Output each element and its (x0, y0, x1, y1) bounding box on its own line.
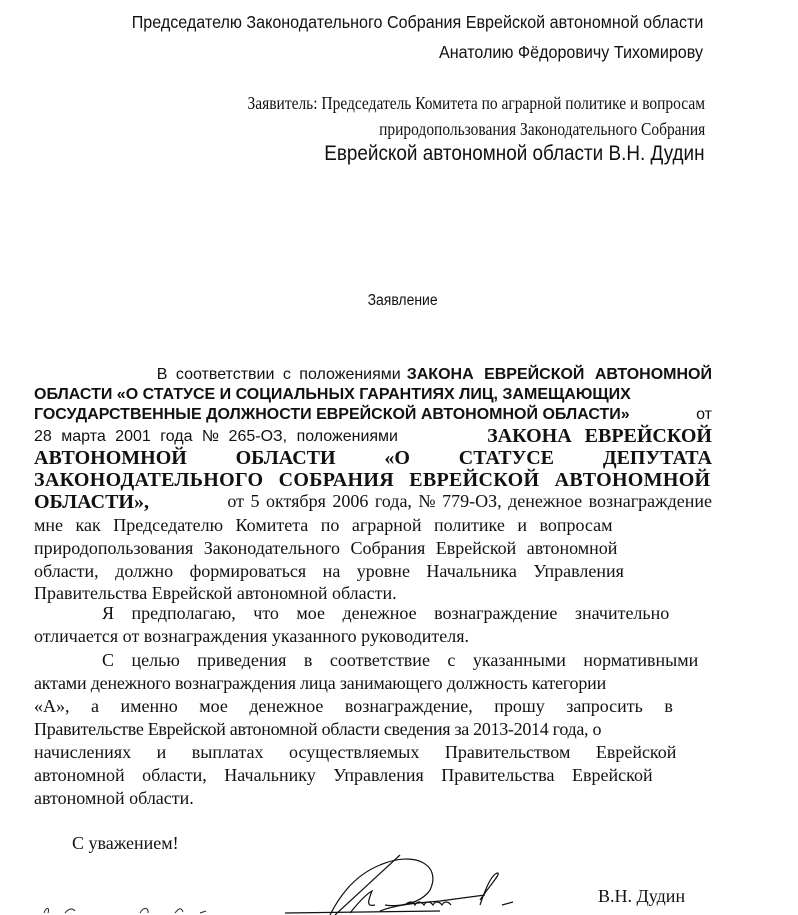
p1-line-9-text: природопользования Законодательного Собр… (34, 538, 617, 559)
p3-line-2-text: актами денежного вознаграждения лица зан… (34, 673, 606, 694)
p1-line-7-law: ОБЛАСТИ», (34, 491, 149, 514)
handwritten-note-icon (30, 895, 250, 915)
p3-line-1: С целью приведения в соответствие с указ… (102, 650, 717, 671)
signature-name: В.Н. Дудин (598, 886, 685, 907)
p1-line-10-text: области, должно формироваться на уровне … (34, 561, 624, 582)
p1-line-8: мне как Председателю Комитета по аграрно… (34, 515, 712, 536)
p3-line-7: автономной области. (34, 788, 712, 809)
p1-line-5-word: АВТОНОМНОЙ (34, 447, 187, 470)
p1-line-11: Правительства Еврейской автономной облас… (34, 583, 712, 604)
p3-line-2: актами денежного вознаграждения лица зан… (34, 673, 712, 694)
p3-line-3-text: «А», а именно мое денежное вознаграждени… (34, 696, 673, 717)
addressee-line-2: Анатолию Фёдоровичу Тихомирову (439, 42, 703, 63)
p3-line-6-text: автономной области, Начальнику Управлени… (34, 765, 653, 786)
p2-line-1-text: Я предполагаю, что мое денежное вознагра… (102, 603, 669, 624)
p1-line-5-word: «О (384, 447, 410, 470)
p1-line-10: области, должно формироваться на уровне … (34, 561, 712, 582)
p3-line-6: автономной области, Начальнику Управлени… (34, 765, 712, 786)
p2-line-2-text: отличается от вознаграждения указанного … (34, 626, 469, 647)
p1-line-5-word: ДЕПУТАТА (603, 447, 712, 470)
document-title-text: Заявление (368, 292, 438, 309)
applicant-line-2: природопользования Законодательного Собр… (379, 119, 705, 140)
p1-line-6: ЗАКОНОДАТЕЛЬНОГО СОБРАНИЯ ЕВРЕЙСКОЙ АВТО… (34, 469, 712, 492)
p2-line-2: отличается от вознаграждения указанного … (34, 626, 712, 647)
p2-line-1: Я предполагаю, что мое денежное вознагра… (102, 603, 712, 624)
addressee-line-1: Председателю Законодательного Собрания Е… (131, 12, 703, 33)
applicant-line-3: Еврейской автономной области В.Н. Дудин (325, 142, 705, 166)
p3-line-4: Правительстве Еврейской автономной облас… (34, 719, 712, 740)
p1-line-2: ОБЛАСТИ «О СТАТУСЕ И СОЦИАЛЬНЫХ ГАРАНТИЯ… (34, 386, 712, 404)
p1-line-9: природопользования Законодательного Собр… (34, 538, 712, 559)
closing-text: С уважением! (72, 833, 179, 854)
applicant-line-1: Заявитель: Председатель Комитета по агра… (247, 93, 705, 114)
p1-line-4-law: ЗАКОНА ЕВРЕЙСКОЙ (487, 425, 712, 448)
p1-line-3-text: от (696, 406, 712, 424)
p3-line-3: «А», а именно мое денежное вознаграждени… (34, 696, 712, 717)
p1-line-5-word: ОБЛАСТИ (236, 447, 336, 470)
p1-line-11-text: Правительства Еврейской автономной облас… (34, 583, 397, 604)
p3-line-1-text: С целью приведения в соответствие с указ… (102, 650, 698, 671)
p3-line-5: начислениях и выплатах осуществляемых Пр… (34, 742, 712, 763)
p1-line-1-text: В соответствии с положениями (157, 366, 401, 384)
document-title: Заявление (40, 292, 758, 310)
p3-line-4-text: Правительстве Еврейской автономной облас… (34, 719, 601, 740)
p1-line-1: В соответствии с положениямиЗАКОНА ЕВРЕЙ… (34, 366, 712, 384)
p1-line-2-text: ОБЛАСТИ «О СТАТУСЕ И СОЦИАЛЬНЫХ ГАРАНТИЯ… (34, 386, 631, 404)
p3-line-7-text: автономной области. (34, 788, 194, 809)
p1-line-5-word: СТАТУСЕ (459, 447, 554, 470)
p1-line-8-text: мне как Председателю Комитета по аграрно… (34, 515, 613, 536)
p1-line-3: ГОСУДАРСТВЕННЫЕ ДОЛЖНОСТИ ЕВРЕЙСКОЙ АВТО… (34, 406, 712, 424)
p1-line-7: ОБЛАСТИ»,от 5 октября 2006 года, № 779-О… (34, 491, 712, 514)
p1-line-5: АВТОНОМНОЙ ОБЛАСТИ «О СТАТУСЕ ДЕПУТАТА (34, 447, 712, 470)
p3-line-5-text: начислениях и выплатах осуществляемых Пр… (34, 742, 676, 763)
p1-line-6-text: ЗАКОНОДАТЕЛЬНОГО СОБРАНИЯ ЕВРЕЙСКОЙ АВТО… (34, 469, 710, 492)
p1-line-4: 28 марта 2001 года № 265-ОЗ, положениями… (34, 428, 712, 448)
p1-line-1-law: ЗАКОНА ЕВРЕЙСКОЙ АВТОНОМНОЙ (407, 366, 712, 384)
p1-line-7-text: от 5 октября 2006 года, № 779-ОЗ, денежн… (157, 491, 712, 514)
p1-line-4-text: 28 марта 2001 года № 265-ОЗ, положениями (34, 428, 398, 448)
p1-line-3-law: ГОСУДАРСТВЕННЫЕ ДОЛЖНОСТИ ЕВРЕЙСКОЙ АВТО… (34, 406, 630, 424)
